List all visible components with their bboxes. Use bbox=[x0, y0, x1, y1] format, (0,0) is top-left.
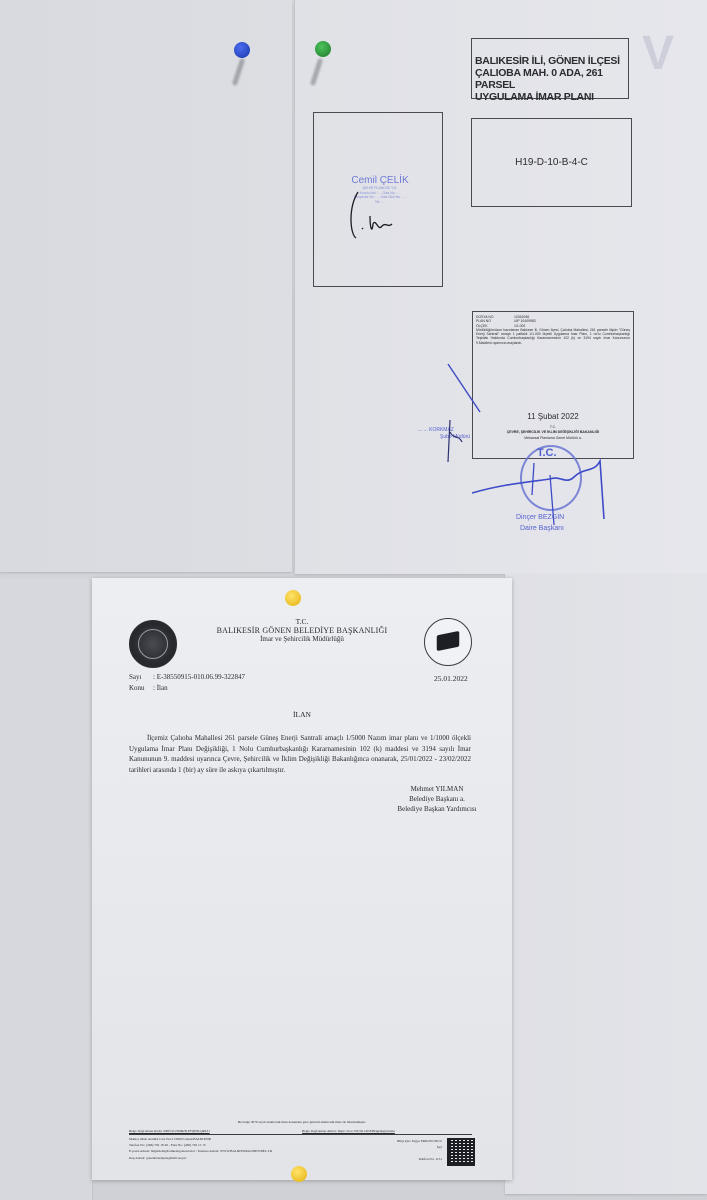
notice-signature: Mehmet YILMAN Belediye Başkanı a. Beledi… bbox=[392, 784, 482, 814]
signer-title: Belediye Başkan Yardımcısı bbox=[392, 804, 482, 814]
header-institution: BALIKESİR GÖNEN BELEDİYE BAŞKANLIĞI bbox=[92, 627, 512, 636]
sayi-label: Sayı bbox=[129, 672, 153, 683]
footer-divider bbox=[129, 1134, 472, 1135]
footer-info: Bilgi için: Tuğçe ERKOYUNCU İşçi Telefon… bbox=[372, 1138, 442, 1162]
signer-name: Mehmet YILMAN bbox=[392, 784, 482, 794]
municipality-notice: T.C. BALIKESİR GÖNEN BELEDİYE BAŞKANLIĞI… bbox=[92, 578, 512, 1180]
blank-sheet-lower-right bbox=[505, 574, 707, 1194]
verify-code: Belge Doğrulama Kodu: PRUCP-DMR2B-YFQPM-… bbox=[129, 1129, 210, 1133]
department-name: Mekansal Planlama Genel Müdürü a. bbox=[473, 436, 633, 440]
notice-header: T.C. BALIKESİR GÖNEN BELEDİYE BAŞKANLIĞI… bbox=[92, 618, 512, 644]
signer-role: Belediye Başkanı a. bbox=[392, 794, 482, 804]
notice-date: 25.01.2022 bbox=[434, 674, 468, 683]
yellow-pin-bottom-icon bbox=[291, 1166, 307, 1182]
approval-box: DOSYA NO10351056 PLAN NOUIP 10409983 ÖLÇ… bbox=[472, 311, 634, 459]
blank-sheet-left bbox=[0, 0, 292, 572]
verify-address: Belge Doğrulama Adresi: https://212.156.… bbox=[302, 1129, 395, 1133]
green-pin-icon bbox=[315, 41, 331, 57]
signer-bezgin-title: Daire Başkanı bbox=[520, 525, 564, 532]
plan-title-box: BALIKESİR İLİ, GÖNEN İLÇESİ ÇALIOBA MAH.… bbox=[471, 38, 629, 99]
info-role: İşçi bbox=[372, 1144, 442, 1150]
esign-note: Bu belge 5070 sayılı elektronik imza kan… bbox=[92, 1120, 512, 1124]
sayi-value: : E-38550915-010.06.99-322847 bbox=[153, 673, 245, 681]
footer-contact: Malkoç Mah. Atatürk Cad. No:2 10900 Göne… bbox=[129, 1136, 272, 1161]
header-department: İmar ve Şehircilik Müdürlüğü bbox=[92, 635, 512, 644]
plan-title-line: UYGULAMA İMAR PLANI bbox=[475, 91, 628, 103]
sheet-code: H19-D-10-B-4-C bbox=[515, 157, 588, 168]
reference-block: Sayı: E-38550915-010.06.99-322847 Konu: … bbox=[129, 672, 245, 694]
approval-statement: Müdürlüğümüzce hazırlanan Balıkesir İli,… bbox=[476, 328, 630, 345]
plan-title-line: ÇALIOBA MAH. 0 ADA, 261 PARSEL bbox=[475, 67, 628, 91]
blue-pin-icon bbox=[234, 42, 250, 58]
notice-body: İlçemiz Çalıoba Mahallesi 261 parsele Gü… bbox=[129, 733, 471, 775]
planner-signature-icon bbox=[340, 188, 400, 248]
konu-value: : İlan bbox=[153, 684, 168, 692]
plan-title-line: BALIKESİR İLİ, GÖNEN İLÇESİ bbox=[475, 55, 628, 67]
yellow-pin-top-icon bbox=[285, 590, 301, 606]
ministry-name: ÇEVRE, ŞEHİRCİLİK VE İKLİM DEĞİŞİKLİĞİ B… bbox=[473, 430, 633, 434]
signer-bezgin-name: Dinçer BEZGİN bbox=[516, 514, 564, 521]
konu-label: Konu bbox=[129, 683, 153, 694]
approval-date: 11 Şubat 2022 bbox=[473, 412, 633, 421]
approval-tc: T.C. bbox=[473, 425, 633, 429]
internal-no: Telefon No: 1131 bbox=[372, 1156, 442, 1162]
footer-email-web: E-posta Adresi: bilgiislem@balikesirgone… bbox=[129, 1148, 272, 1154]
footer-kep: Kep Adresi: gonenbelediyesi@hs01.kep.tr bbox=[129, 1155, 272, 1161]
approval-meta: DOSYA NO10351056 PLAN NOUIP 10409983 ÖLÇ… bbox=[473, 312, 633, 345]
planner-name: Cemil ÇELİK bbox=[330, 175, 430, 186]
notice-title: İLAN bbox=[92, 710, 512, 719]
blank-sheet-lower-left bbox=[0, 578, 92, 1200]
qr-code-icon bbox=[447, 1138, 475, 1166]
sheet-code-box: H19-D-10-B-4-C bbox=[471, 118, 632, 207]
watermark-v: V bbox=[642, 26, 674, 81]
